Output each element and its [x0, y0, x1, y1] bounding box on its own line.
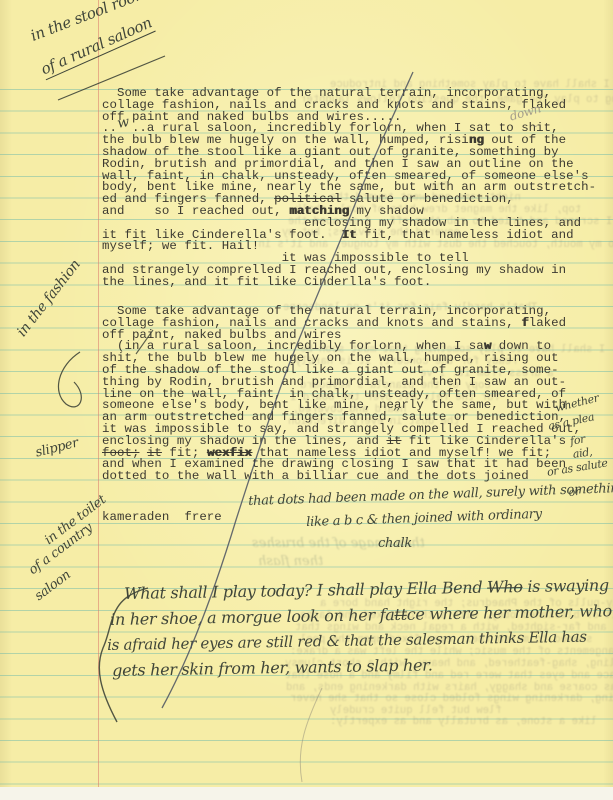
- handwritten-note: ’’: [393, 406, 399, 419]
- paragraph-2: Some take advantage of the natural terra…: [102, 306, 581, 483]
- bleedthrough-line: withering, darkening wings folded close …: [290, 694, 613, 705]
- handwritten-note: ˇ: [532, 124, 537, 137]
- manuscript-page: I shall have to play something and intro…: [0, 0, 613, 800]
- bleedthrough-line: then flash: [258, 556, 323, 567]
- typed-line: kameraden frere: [102, 512, 222, 524]
- red-margin-line: [98, 0, 99, 800]
- typed-line: the lines, and it fit like Cinderlla's f…: [102, 277, 596, 289]
- typed-line: dotted to the wall with a billiar cue an…: [102, 471, 581, 483]
- handwritten-note: chalk: [378, 536, 412, 551]
- scan-bottom-edge: [0, 787, 613, 800]
- kameraden-line: kameraden frere: [102, 512, 222, 524]
- handwritten-note: w: [116, 114, 130, 132]
- bleedthrough-line: like a stone, as brutally and as expertl…: [330, 717, 597, 728]
